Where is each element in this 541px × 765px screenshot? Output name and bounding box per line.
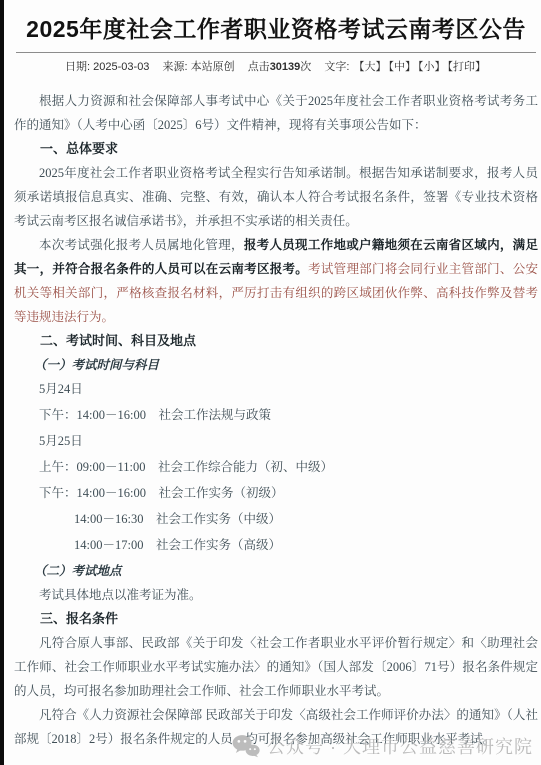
hits-group: 点击30139次: [248, 61, 312, 73]
section2-subheading-1: （一）考试时间与科目: [14, 353, 538, 377]
page-title: 2025年度社会工作者职业资格考试云南考区公告: [18, 14, 534, 44]
font-size-medium-button[interactable]: 【中】: [388, 61, 416, 73]
source-group: 来源: 本站原创: [163, 61, 235, 73]
meta-bar: 日期: 2025-03-03 来源: 本站原创 点击30139次 文字: 【大】…: [14, 60, 538, 75]
date-group: 日期: 2025-03-03: [65, 61, 149, 73]
source-label: 来源:: [163, 61, 191, 73]
section1-paragraph-2: 本次考试强化报考人员属地化管理，报考人员现工作地或户籍地须在云南省区域内，满足其…: [14, 233, 538, 329]
text-size-label: 文字:: [324, 61, 352, 73]
hits-label: 点击: [248, 61, 270, 73]
document-body: 根据人力资源和社会保障部人事考试中心《关于2025年度社会工作者职业资格考试考务…: [14, 89, 538, 751]
locality-intro-text: 本次考试强化报考人员属地化管理，: [39, 238, 244, 252]
schedule-may25-morning: 上午：09:00－11:00 社会工作综合能力（初、中级）: [14, 455, 538, 479]
section2-heading: 二、考试时间、科目及地点: [14, 329, 538, 353]
font-size-large-button[interactable]: 【大】: [353, 61, 386, 73]
hits-count: 30139: [270, 61, 301, 73]
schedule-date-may24: 5月24日: [14, 377, 538, 401]
date-label: 日期:: [65, 61, 93, 73]
footer-watermark: 公众号 · 大理市公益慈善研究院: [0, 733, 533, 759]
text-size-group: 文字: 【大】【中】【小】【打印】: [324, 61, 487, 73]
section3-paragraph-1: 凡符合原人事部、民政部《关于印发〈社会工作者职业水平评价暂行规定〉和〈助理社会工…: [14, 631, 538, 703]
title-divider: [16, 52, 536, 53]
schedule-may24-afternoon: 下午：14:00－16:00 社会工作法规与政策: [14, 403, 538, 427]
intro-paragraph: 根据人力资源和社会保障部人事考试中心《关于2025年度社会工作者职业资格考试考务…: [14, 89, 538, 137]
section2-subheading-2: （二）考试地点: [14, 559, 538, 583]
section3-heading: 三、报名条件: [14, 607, 538, 631]
schedule-date-may25: 5月25日: [14, 429, 538, 453]
schedule-may25-afternoon-junior: 下午：14:00－16:00 社会工作实务（初级）: [14, 481, 538, 505]
section1-paragraph-1: 2025年度社会工作者职业资格考试全程实行告知承诺制。根据告知承诺制要求，报考人…: [14, 161, 538, 233]
exam-location-paragraph: 考试具体地点以准考证为准。: [14, 583, 538, 607]
font-size-small-button[interactable]: 【小】: [418, 61, 446, 73]
source-value: 本站原创: [191, 61, 235, 73]
schedule-may25-afternoon-intermediate: 14:00－16:30 社会工作实务（中级）: [14, 507, 538, 531]
announcement-article: 2025年度社会工作者职业资格考试云南考区公告 日期: 2025-03-03 来…: [4, 0, 538, 751]
date-value: 2025-03-03: [93, 61, 149, 73]
print-button[interactable]: 【打印】: [447, 61, 486, 73]
footer-account-label: 公众号 · 大理市公益慈善研究院: [267, 733, 533, 759]
section1-heading: 一、总体要求: [14, 137, 538, 161]
wechat-icon: [232, 734, 260, 758]
schedule-may25-afternoon-senior: 14:00－17:00 社会工作实务（高级）: [14, 533, 538, 557]
hits-unit: 次: [300, 61, 311, 73]
